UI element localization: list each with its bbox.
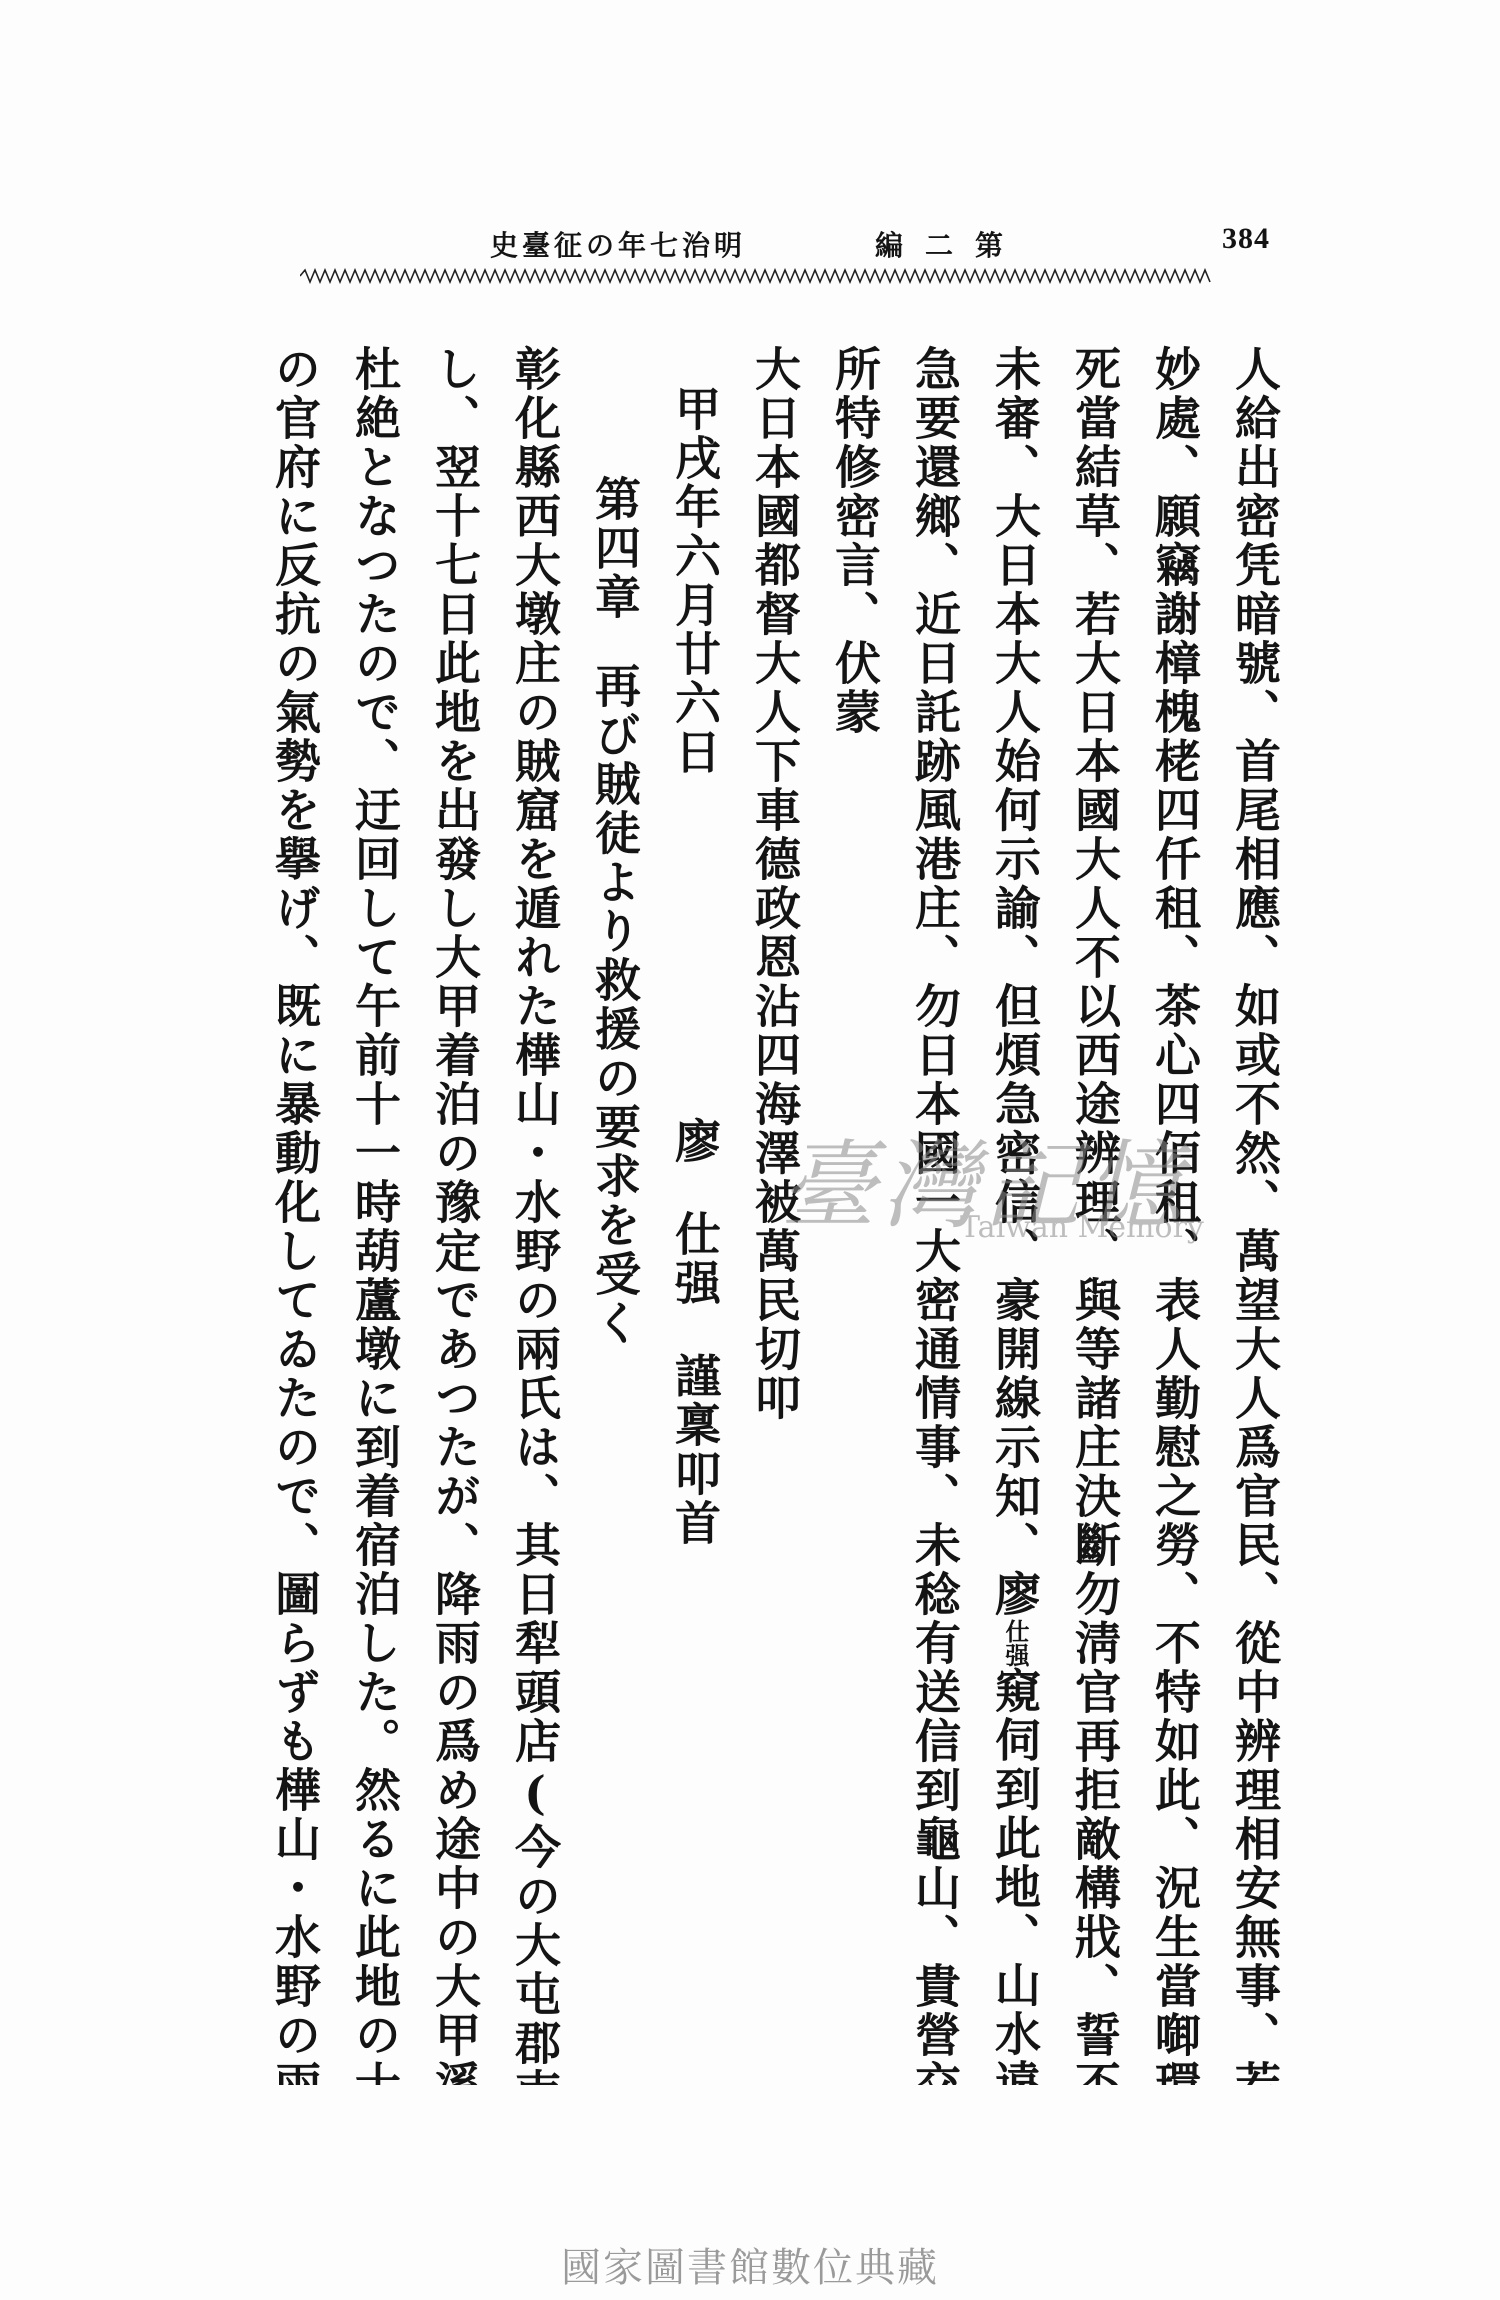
signature-given-name: 仕强 xyxy=(672,1210,718,1308)
narrative-line-1: 彰化縣西大墩庄の賊窟を遁れた樺山・水野の兩氏は、其日犁頭店(今の大屯郡南屯)に一… xyxy=(495,345,575,2085)
letter-line-4-tail: 窺伺到此地、山水遠涉、 xyxy=(992,1667,1038,2085)
chapter-title: 再び賊徒より救援の要求を受く xyxy=(592,662,638,1348)
letter-line-4-small: 仕强 xyxy=(1003,1619,1027,1667)
body-text: 人給出密凭暗號、首尾相應、如或不然、萬望大人爲官民、從中辨理相安無事、若得成其 … xyxy=(255,345,1295,2085)
running-header: 384 第二編 明治七年の征臺史 xyxy=(470,222,1270,262)
chapter-heading: 第四章再び賊徒より救援の要求を受く xyxy=(575,345,655,2215)
letter-line-1: 人給出密凭暗號、首尾相應、如或不然、萬望大人爲官民、從中辨理相安無事、若得成其 xyxy=(1215,345,1295,2085)
letter-line-5: 急要還鄉、近日託跡風港庄、勿日本國一大密通情事、未稔有送信到龜山、貴營交乎否、 xyxy=(895,345,975,2085)
chapter-label: 第四章 xyxy=(592,475,638,622)
wavy-divider xyxy=(300,268,1290,284)
letter-line-6: 所特修密言、伏蒙 xyxy=(815,345,895,2085)
signature-closing: 謹稟叩首 xyxy=(672,1352,718,1548)
narrative-line-3: 杜絶となつたので、迂回して午前十一時葫蘆墩に到着宿泊した。然るに此地の士民も、時 xyxy=(335,345,415,2085)
letter-line-4: 未審、大日本大人始何示諭、但煩急密信、豪開線示知、廖仕强窺伺到此地、山水遠涉、 xyxy=(975,345,1055,2085)
part-label: 第二編 xyxy=(875,224,1025,264)
letter-line-2: 妙處、願竊謝樟槐栳四仟租、茶心四佰租、表人勤慰之勞、不特如此、況生當啣環、 xyxy=(1135,345,1215,2085)
signature-surname: 廖 xyxy=(672,1117,718,1166)
date-signature-line: 甲戌年六月廿六日廖仕强謹稟叩首 xyxy=(655,345,735,2085)
letter-date: 甲戌年六月廿六日 xyxy=(672,385,718,777)
footer-credit: 國家圖書館數位典藏 xyxy=(0,2236,1500,2293)
narrative-line-2: し、翌十七日此地を出發し大甲着泊の豫定であつたが、降雨の爲め途中の大甲溪增水交通 xyxy=(415,345,495,2085)
letter-line-7: 大日本國都督大人下車德政恩沾四海澤被萬民切叩 xyxy=(735,345,815,2085)
page-number: 384 xyxy=(1222,222,1270,256)
book-page: 384 第二編 明治七年の征臺史 人給出密凭暗號、首尾相應、如或不然、萬望大人爲… xyxy=(0,0,1500,2300)
narrative-line-4: の官府に反抗の氣勢を擧げ、既に暴動化してゐたので、圖らずも樺山・水野の兩氏は再び xyxy=(255,345,335,2085)
letter-line-4-head: 未審、大日本大人始何示諭、但煩急密信、豪開線示知、廖 xyxy=(992,345,1038,1619)
book-title: 明治七年の征臺史 xyxy=(490,224,746,264)
letter-line-3: 死當結草、若大日本國大人不以西途辨理、與等諸庄決斷勿淸官再拒敵構戕、誓不勿戴天 xyxy=(1055,345,1135,2085)
